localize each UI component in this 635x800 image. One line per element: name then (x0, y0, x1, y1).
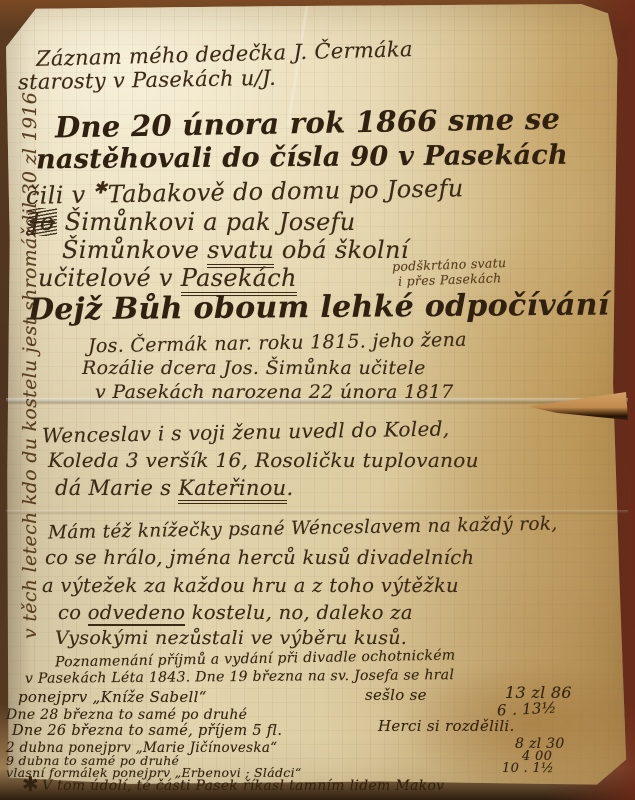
theatre-line-2: co se hrálo, jména herců kusů divadelníc… (45, 546, 474, 569)
ledger-footnote: V tom údolí, té části Pasek říkasl tamní… (42, 778, 444, 794)
theatre-line-1: Mám též knížečky psané Wénceslavem na ka… (48, 514, 558, 544)
entry-line-4: Jo Šimůnkovi a pak Josefu (28, 208, 356, 236)
koleda-line-3-text-c: . (287, 476, 294, 500)
parents-line-1: Jos. Čermák nar. roku 1815. jeho žena (88, 329, 467, 358)
ledger-row-label: ponejprv „Kníže Sabell“ (18, 688, 207, 706)
ink-scribble: Jo (28, 208, 57, 236)
entry-line-1: Dne 20 února rok 1866 sme se (55, 102, 561, 145)
entry-line-3-text-a: čili v (26, 181, 94, 210)
koleda-line-2: Koleda 3 veršík 16, Rosoličku tuplovanou (48, 448, 479, 472)
theatre-line-4: co odvedeno kostelu, no, daleko za (58, 601, 413, 624)
ledger-intro-2: v Pasekách Léta 1843. Dne 19 března na s… (25, 667, 454, 687)
entry-line-6-text-a: učitelové v (38, 264, 181, 292)
theatre-line-5: Vysokými nezůstali ve výběru kusů. (55, 627, 407, 649)
document-photo: v těch letech kdo du kostelu jest shromá… (0, 0, 635, 800)
theatre-line-3: a výtežek za každou hru a z toho výtěžku (42, 574, 459, 597)
ledger-row-label: Dne 28 března to samé po druhé (6, 707, 247, 723)
parents-line-2: Rozálie dcera Jos. Šimůnka učitele (82, 357, 426, 379)
koleda-line-3-text-a: dá Marie s (55, 476, 178, 500)
ledger-row-label: Dne 26 března to samé, příjem 5 fl. (12, 723, 282, 739)
entry-line-5-text-c: obá školní (274, 236, 409, 264)
sidenote-line-2: i přes Pasekách (398, 270, 502, 289)
koleda-line-3: dá Marie s Kateřinou. (55, 476, 294, 500)
underlined-word-odvedeno: odvedeno (88, 601, 186, 626)
entry-line-3-text-b: Tabakově do domu po Josefu (108, 174, 464, 208)
ledger-row-mid: Herci si rozdělili. (378, 717, 515, 735)
asterisk-mark: ✱ (93, 177, 108, 197)
theatre-line-4-text-a: co (58, 601, 88, 624)
blessing-line: Dejž Bůh oboum lehké odpočívání (28, 287, 610, 327)
handwriting-layer: v těch letech kdo du kostelu jest shromá… (0, 0, 635, 800)
ledger-row-mid: sešlo se (365, 686, 427, 704)
parents-line-3: v Pasekách narozena 22 února 1817 (95, 381, 454, 403)
entry-line-2: nastěhovali do čísla 90 v Pasekách (36, 140, 568, 176)
entry-line-3: čili v ✱Tabakově do domu po Josefu (26, 174, 464, 210)
underlined-word-katerinou: Kateřinou (178, 476, 286, 504)
entry-line-6: učitelové v Pasekách (38, 264, 297, 292)
entry-line-4-text: Šimůnkovi a pak Josefu (57, 208, 356, 236)
title-line-2: starosty v Pasekách u/J. (18, 66, 276, 95)
footnote-asterisk-mark: ✱ (22, 772, 39, 796)
entry-line-5-text-a: Šimůnkove (62, 236, 207, 264)
theatre-line-4-text-c: kostelu, no, daleko za (185, 601, 412, 624)
koleda-line-1: Wenceslav i s voji ženu uvedl do Koled, (42, 416, 450, 447)
entry-line-5: Šimůnkove svatu obá školní (62, 236, 409, 264)
ledger-row-amount: 10 . 1½ (502, 761, 554, 776)
